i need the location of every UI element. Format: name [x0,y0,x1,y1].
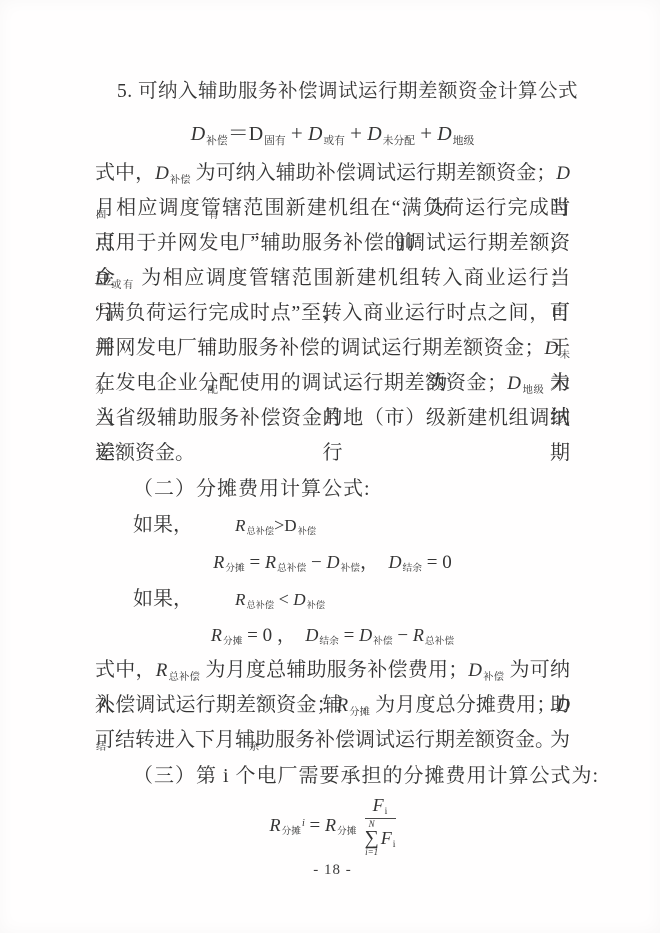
condition-expression: R总补偿>D补偿 [235,507,316,543]
condition-label: 如果， [133,581,193,617]
math-var: R分摊 [211,625,243,645]
math-var: D或有 [308,123,345,145]
paragraph-line: 可用于并网发电厂辅助服务补偿的调试运行期差额资金； [95,226,570,261]
condition-expression: R总补偿 < D补偿 [235,581,325,617]
math-var: D补偿 [326,552,360,572]
condition-label: 如果， [133,507,193,543]
math-var: D补偿 [284,516,316,535]
math-var: Fi [381,828,396,848]
section2-heading: （二）分摊费用计算公式: [133,471,570,507]
math-var: R分摊 [337,695,371,716]
math-var: R总补偿 [156,660,200,681]
plant-share-formula: R分摊i = R分摊 Fi N ∑ i=1 Fi [95,794,570,858]
paragraph-line: 月相应调度管辖范围新建机组在“满负荷运行完成时点”前， [95,191,570,226]
sum-lower-limit: i=1 [365,848,378,857]
math-var: R总补偿 [235,590,274,609]
math-var: D固有 [249,123,286,145]
math-var: R总补偿 [413,625,454,645]
paragraph-line: D或有 为相应调度管辖范围新建机组转入商业运行当月，自 [95,261,570,296]
math-var: D未分配 [367,123,415,145]
math-var: D补偿 [191,123,228,145]
math-var: D补偿 [359,625,393,645]
condition-row-2: 如果， R总补偿 < D补偿 [95,581,570,617]
math-var: D或有 [95,268,135,289]
paragraph-line: 在发电企业分配使用的调试运行期差额资金；D地级 为当月纳 [95,366,570,401]
paragraph-line: 式中，D补偿 为可纳入辅助补偿调试运行期差额资金；D固有 为当 [95,156,570,191]
condition-row-1: 如果， R总补偿>D补偿 [95,507,570,543]
math-var: R总补偿 [265,552,306,572]
formula-lhs: R分摊i = R分摊 [269,815,356,837]
paragraph-line: “满负荷运行完成时点”至转入商业运行时点之间，可用于 [95,296,570,331]
math-var: R分摊 [213,552,245,572]
page-content: 5. 可纳入辅助服务补偿调试运行期差额资金计算公式 D补偿＝D固有 + D或有 … [0,0,660,882]
sigma-icon: ∑ [365,829,379,848]
math-var: D补偿 [293,590,325,609]
paragraph-line: 并网发电厂辅助服务补偿的调试运行期差额资金；D未分配 为未 [95,331,570,366]
math-var: D地级 [437,123,474,145]
section2-paragraph: 式中，R总补偿 为月度总辅助服务补偿费用；D补偿 为可纳入辅助 补偿调试运行期差… [95,653,570,758]
compensation-fund-formula: D补偿＝D固有 + D或有 + D未分配 + D地级 [95,110,570,156]
math-var: R总补偿 [235,516,274,535]
math-var: D地级 [507,373,544,394]
paragraph-line: 入省级辅助服务补偿资金的地（市）级新建机组调试运行期 [95,401,570,436]
fraction-denominator: N ∑ i=1 Fi [365,819,396,857]
paragraph-line: 补偿调试运行期差额资金；R分摊 为月度总分摊费用；D结余 为 [95,688,570,723]
math-var: D补偿 [155,163,190,184]
allocation-formula-over: R分摊 = R总补偿 − D补偿， D结余 = 0 [95,543,570,581]
math-var: Fi [373,795,388,815]
paragraph-line: 可结转进入下月辅助服务补偿调试运行期差额资金。 [95,723,570,758]
fraction: Fi N ∑ i=1 Fi [365,795,396,857]
document-page: 5. 可纳入辅助服务补偿调试运行期差额资金计算公式 D补偿＝D固有 + D或有 … [0,0,660,933]
summation-symbol: N ∑ i=1 [365,820,379,857]
math-var: D结余 [305,625,339,645]
math-var: D结余 [388,552,422,572]
math-var: R分摊 [325,815,357,835]
allocation-formula-under: R分摊 = 0 ， D结余 = D补偿 − R总补偿 [95,617,570,653]
denominator-term: Fi [381,828,396,850]
section5-paragraph: 式中，D补偿 为可纳入辅助补偿调试运行期差额资金；D固有 为当 月相应调度管辖范… [95,156,570,471]
paragraph-line: 式中，R总补偿 为月度总辅助服务补偿费用；D补偿 为可纳入辅助 [95,653,570,688]
page-number: - 18 - [95,858,570,882]
fraction-numerator: Fi [365,795,396,819]
math-var: R分摊i [269,815,304,835]
section5-heading: 5. 可纳入辅助服务补偿调试运行期差额资金计算公式 [117,74,570,110]
section3-heading: （三）第 i 个电厂需要承担的分摊费用计算公式为: [133,758,570,794]
math-var: D补偿 [468,660,504,681]
